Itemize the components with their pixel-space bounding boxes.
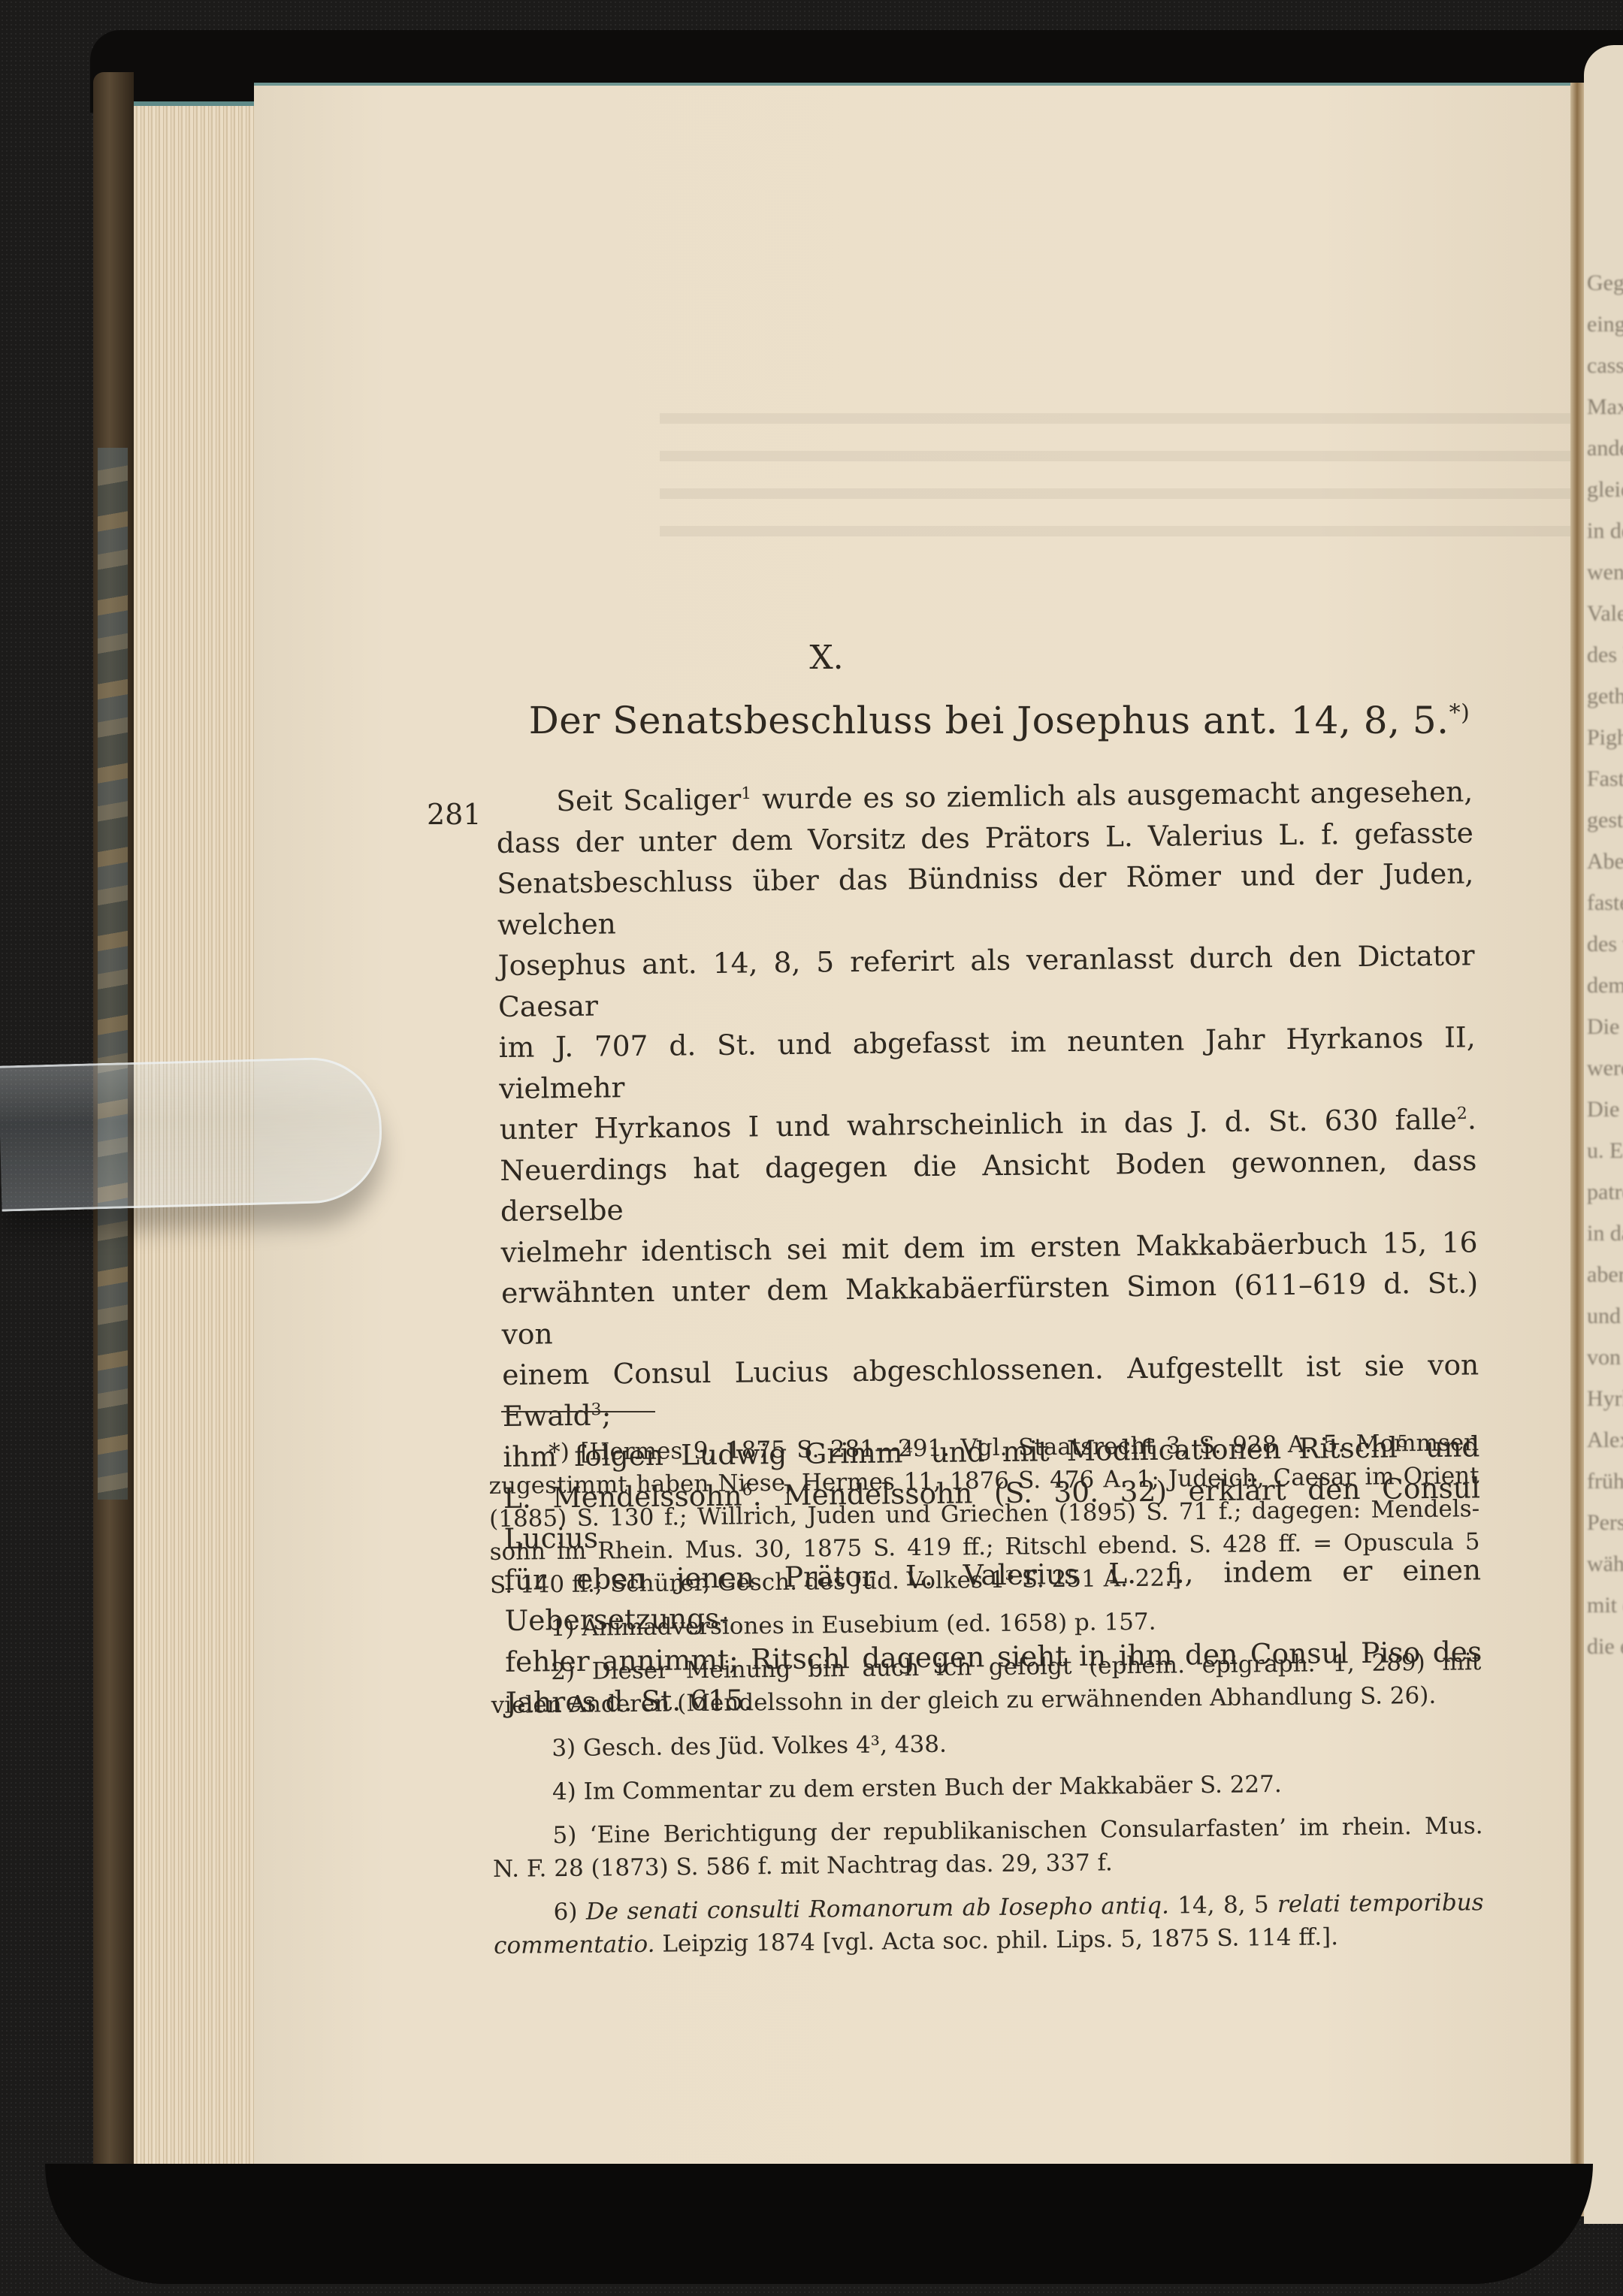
facing-page-line: Die Bede	[1587, 1014, 1623, 1040]
facing-page-line: Die	[1587, 1097, 1619, 1122]
footnote: *) [Hermes 9, 1875 S. 281—291. Vgl. Staa…	[488, 1426, 1480, 1602]
footnotes: *) [Hermes 9, 1875 S. 281—291. Vgl. Staa…	[488, 1426, 1484, 1973]
facing-page-line: anderer Z	[1587, 436, 1623, 461]
gutter	[1570, 83, 1584, 2216]
footnote: 3) Gesch. des Jüd. Volkes 4³, 438.	[491, 1722, 1482, 1766]
margin-page-number: 281	[427, 798, 482, 831]
facing-page-line: von den	[1587, 1345, 1623, 1370]
body-line: Senatsbeschluss über das Bündniss der Rö…	[497, 853, 1474, 945]
show-through-text	[660, 386, 1623, 597]
facing-page-line: cassiodor	[1587, 353, 1623, 379]
footnote-ref: 3	[591, 1400, 601, 1419]
facing-page-line: Fasten in	[1587, 766, 1623, 792]
footnote: 2) Dieser Meinung bin auch ich gefolgt (…	[491, 1645, 1482, 1722]
facing-page-line: gethan ha	[1587, 684, 1623, 709]
facing-page-line: Valerius	[1587, 601, 1623, 627]
facing-page-line: mit der	[1587, 1593, 1623, 1618]
facing-page-line: Maximus	[1587, 394, 1623, 420]
facing-page-line: abermals	[1587, 1262, 1623, 1288]
facing-page-line: des Makk	[1587, 642, 1623, 668]
facing-page-line: u. Es	[1587, 1138, 1623, 1164]
footnote: 5) ‘Eine Berichtigung der republikanisch…	[492, 1809, 1483, 1886]
facing-page-line: Aber	[1587, 849, 1623, 875]
facing-page-line: Person an	[1587, 1510, 1623, 1536]
facing-page-line: Geg	[1587, 270, 1623, 296]
facing-page-line: des von	[1587, 932, 1623, 957]
facing-page-line: die eine	[1587, 1634, 1623, 1660]
chapter-number: X.	[676, 639, 977, 677]
footnote: 1) Animadversiones in Eusebium (ed. 1658…	[490, 1602, 1480, 1645]
footnote: 6) De senati consulti Romanorum ab Iosep…	[493, 1886, 1484, 1962]
facing-page-line: eingewe	[1587, 312, 1623, 337]
facing-page-line: dem von	[1587, 973, 1623, 998]
page-holder-clip	[0, 1056, 383, 1211]
footnote-ref: 1	[741, 784, 751, 803]
footnote: 4) Im Commentar zu dem ersten Buch der M…	[492, 1766, 1482, 1809]
facing-page-line: Alexander	[1587, 1427, 1623, 1453]
facing-page-line: patros de	[1587, 1180, 1623, 1205]
facing-page-line: Hyrkanos	[1587, 1386, 1623, 1412]
body-line: Josephus ant. 14, 8, 5 referirt als vera…	[497, 935, 1475, 1027]
facing-page-line: werden.	[1587, 1056, 1623, 1081]
facing-page-line: Pighius h	[1587, 725, 1623, 751]
facing-page: GegeingewecassiodorMaximusanderer Zgleic…	[1584, 45, 1623, 2224]
body-line: im J. 707 d. St. und abgefasst im neunte…	[498, 1017, 1476, 1109]
footnote-rule	[501, 1411, 655, 1412]
chapter-title-text: Der Senatsbeschluss bei Josephus ant. 14…	[529, 699, 1449, 742]
marbled-cover	[98, 448, 128, 1500]
footnote-ref: 2	[1457, 1104, 1467, 1123]
body-line: erwähnten unter dem Makkabäerfürsten Sim…	[501, 1262, 1479, 1355]
facing-page-line: fasten' di	[1587, 890, 1623, 916]
facing-page-line: während	[1587, 1551, 1623, 1577]
facing-page-line: und höchs	[1587, 1304, 1623, 1329]
shadow-bottom	[45, 2164, 1593, 2284]
body-line: Neuerdings hat dagegen die Ansicht Boden…	[500, 1140, 1477, 1232]
chapter-title: Der Senatsbeschluss bei Josephus ant. 14…	[526, 699, 1473, 742]
facing-page-line: in der F	[1587, 518, 1623, 544]
facing-page-line: gleich vie	[1587, 477, 1623, 503]
facing-page-line: in das J.	[1587, 1221, 1623, 1246]
facing-page-line: gestattet,	[1587, 808, 1623, 833]
facing-page-line: wenn er	[1587, 560, 1623, 585]
title-footnote-marker: *)	[1449, 699, 1470, 726]
body-line: einem Consul Lucius abgeschlossenen. Auf…	[502, 1344, 1479, 1437]
facing-page-line: früheren	[1587, 1469, 1623, 1494]
